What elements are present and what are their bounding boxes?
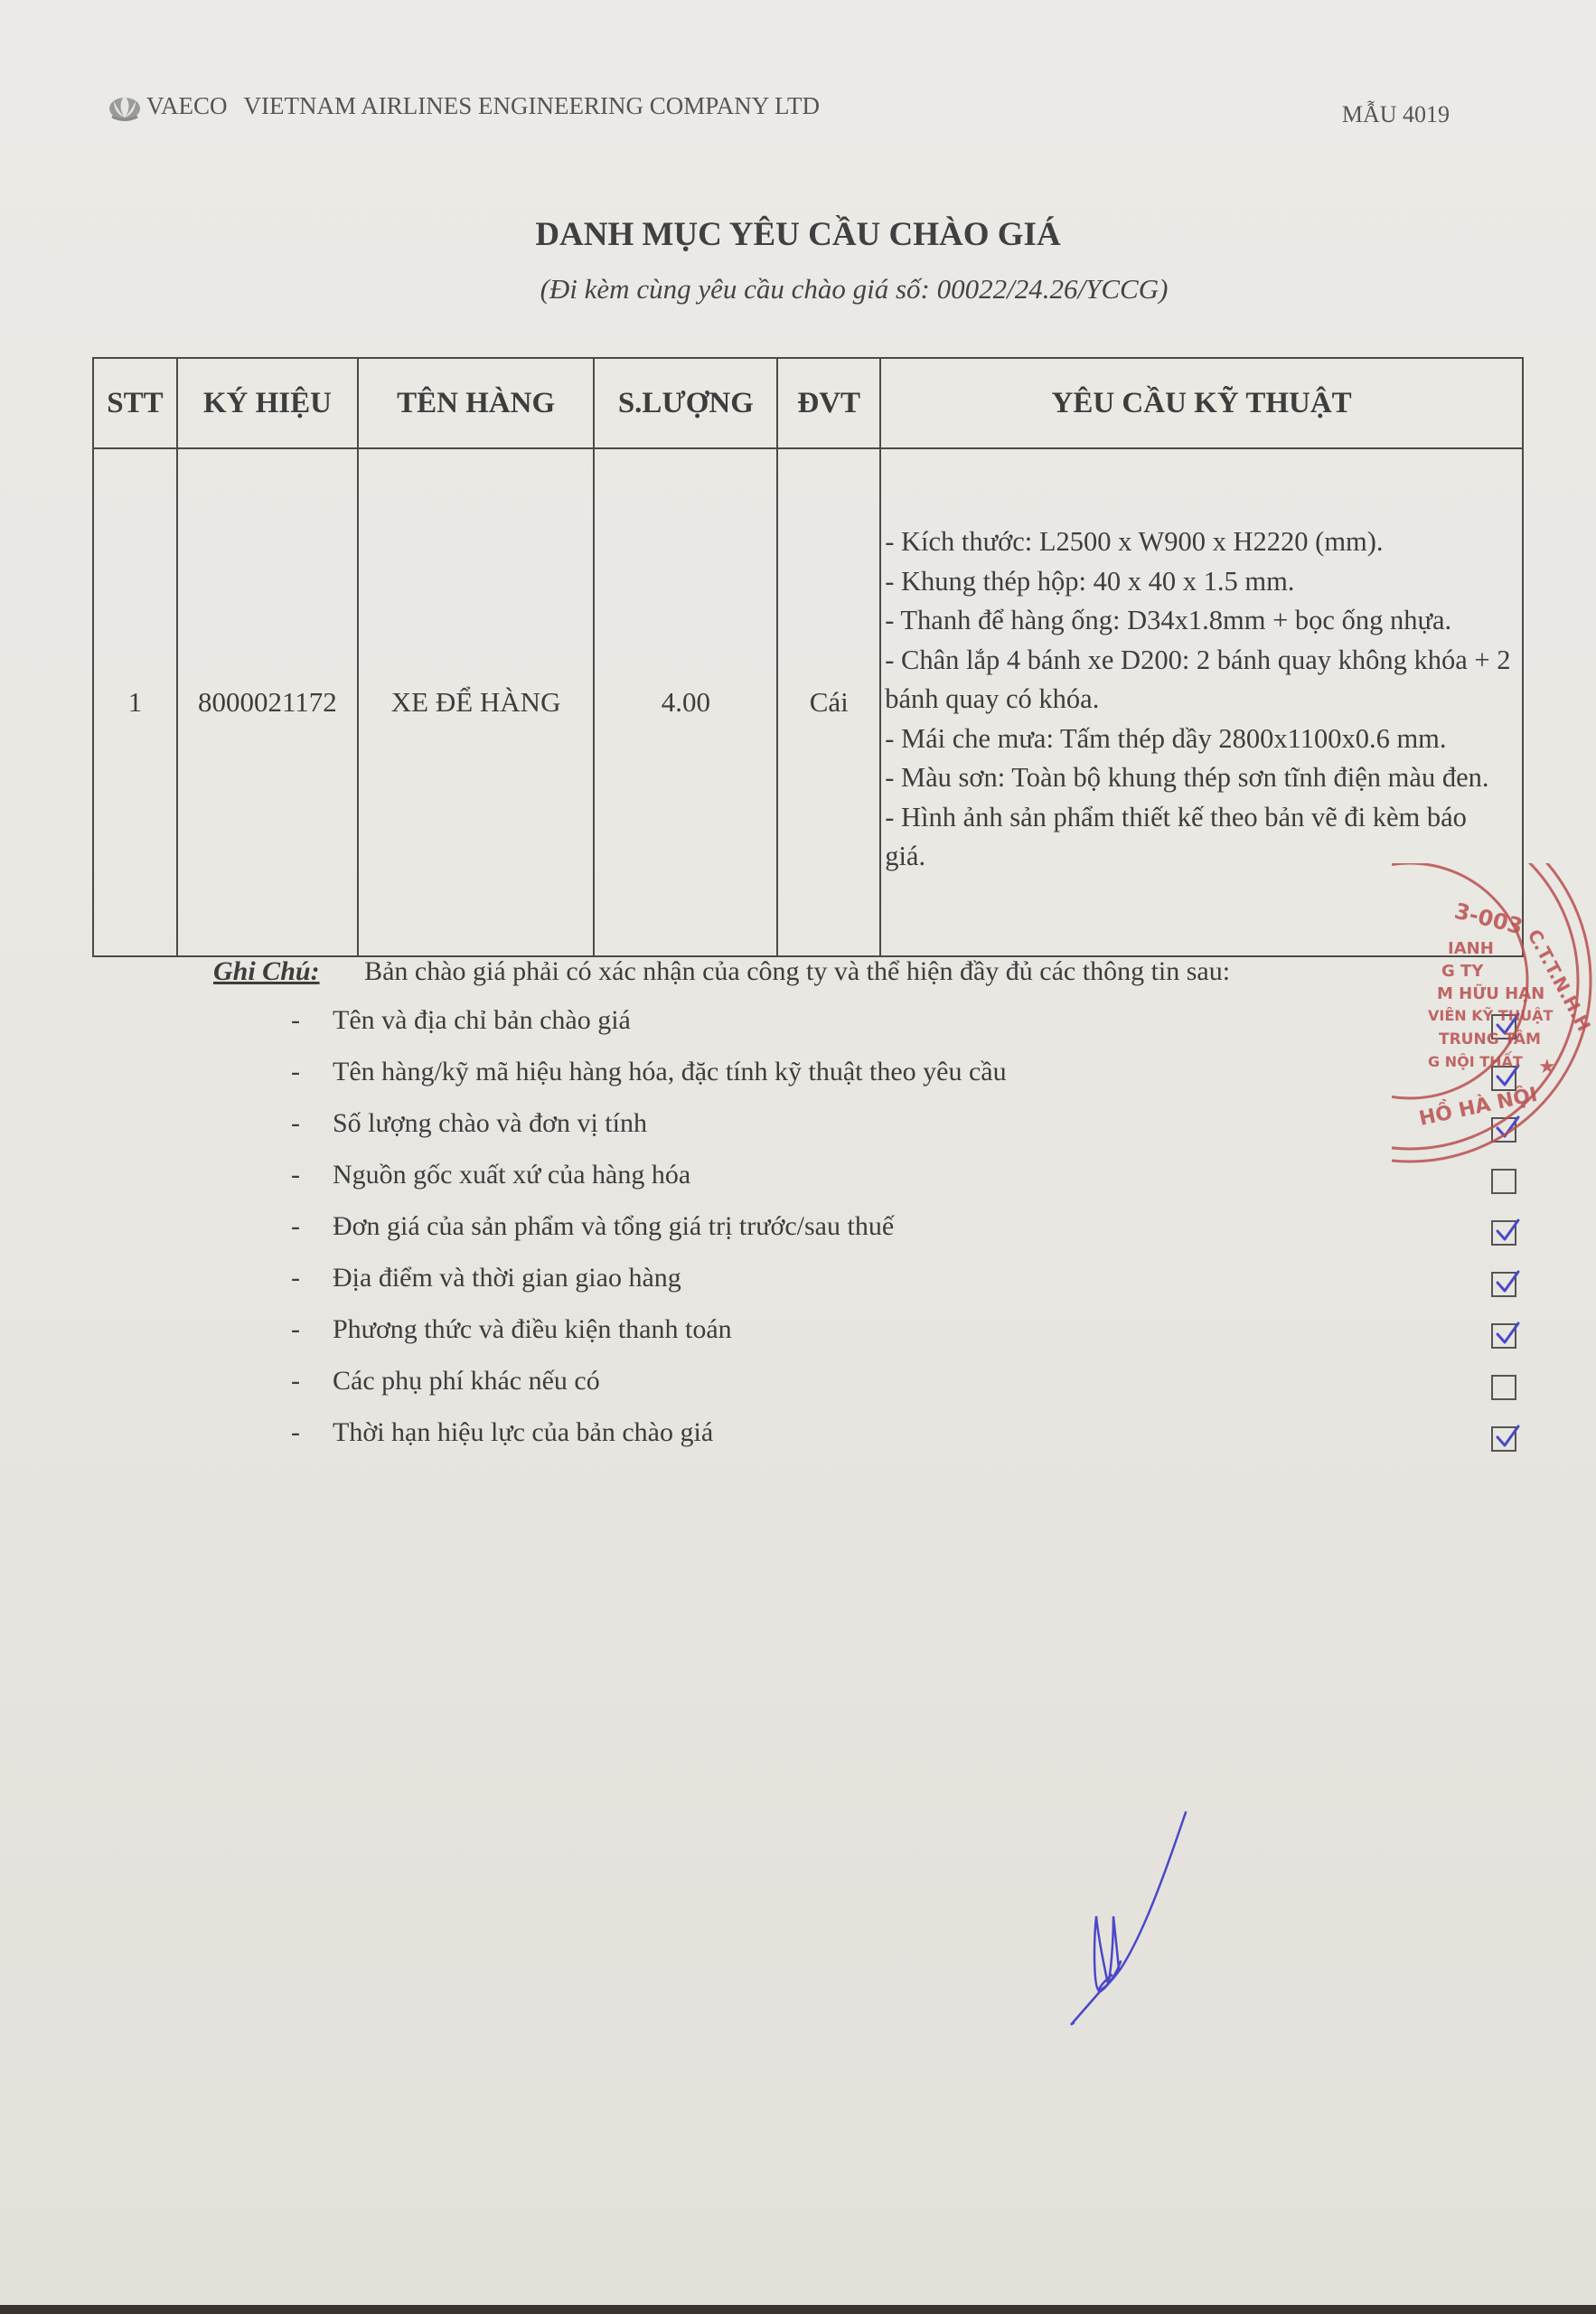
checkbox[interactable] bbox=[1491, 1426, 1516, 1452]
checklist-item-label: Tên và địa chỉ bản chào giá bbox=[333, 1005, 631, 1036]
handwritten-signature bbox=[1030, 1808, 1211, 2043]
notes-section: Ghi Chú: Bản chào giá phải có xác nhận c… bbox=[213, 956, 1230, 987]
cell-stt: 1 bbox=[93, 448, 177, 956]
checkmark-icon bbox=[1495, 1062, 1522, 1089]
bullet-dash: - bbox=[291, 1211, 333, 1242]
items-table: STT KÝ HIỆU TÊN HÀNG S.LƯỢNG ĐVT YÊU CẦU… bbox=[92, 357, 1524, 957]
checkbox[interactable] bbox=[1491, 1117, 1516, 1143]
checklist-item: -Phương thức và điều kiện thanh toán bbox=[291, 1314, 1007, 1366]
document-page: VAECO VIETNAM AIRLINES ENGINEERING COMPA… bbox=[0, 0, 1596, 2305]
cell-name: XE ĐỂ HÀNG bbox=[358, 448, 595, 956]
svg-text:G TY: G TY bbox=[1441, 962, 1484, 981]
bullet-dash: - bbox=[291, 1160, 333, 1190]
checklist-item-label: Địa điểm và thời gian giao hàng bbox=[333, 1263, 681, 1293]
column-header-name: TÊN HÀNG bbox=[358, 358, 595, 448]
spec-line: - Màu sơn: Toàn bộ khung thép sơn tĩnh đ… bbox=[885, 758, 1511, 798]
page-title: DANH MỤC YÊU CẦU CHÀO GIÁ bbox=[0, 215, 1596, 254]
checklist-item-label: Tên hàng/kỹ mã hiệu hàng hóa, đặc tính k… bbox=[333, 1057, 1007, 1087]
cell-technical-spec: - Kích thước: L2500 x W900 x H2220 (mm).… bbox=[880, 448, 1523, 956]
checklist-item: -Thời hạn hiệu lực của bản chào giá bbox=[291, 1417, 1007, 1469]
bullet-dash: - bbox=[291, 1057, 333, 1087]
checklist-item: -Tên và địa chỉ bản chào giá bbox=[291, 1005, 1007, 1057]
cell-code: 8000021172 bbox=[177, 448, 358, 956]
form-code: MẪU 4019 bbox=[1342, 101, 1450, 128]
checklist-item: -Tên hàng/kỹ mã hiệu hàng hóa, đặc tính … bbox=[291, 1057, 1007, 1108]
column-header-quantity: S.LƯỢNG bbox=[594, 358, 777, 448]
checklist-item-label: Thời hạn hiệu lực của bản chào giá bbox=[333, 1417, 713, 1448]
column-header-unit: ĐVT bbox=[777, 358, 880, 448]
company-name: VIETNAM AIRLINES ENGINEERING COMPANY LTD bbox=[244, 92, 821, 120]
spec-line: - Hình ảnh sản phẩm thiết kế theo bản vẽ… bbox=[885, 798, 1511, 877]
bullet-dash: - bbox=[291, 1314, 333, 1345]
checklist-item-label: Các phụ phí khác nếu có bbox=[333, 1366, 600, 1397]
bullet-dash: - bbox=[291, 1108, 333, 1139]
checkbox[interactable] bbox=[1491, 1014, 1516, 1039]
spec-line: - Thanh để hàng ống: D34x1.8mm + bọc ống… bbox=[885, 601, 1511, 641]
checkmark-icon bbox=[1495, 1268, 1522, 1295]
cell-unit: Cái bbox=[777, 448, 880, 956]
checklist-item: -Số lượng chào và đơn vị tính bbox=[291, 1108, 1007, 1160]
company-header: VAECO VIETNAM AIRLINES ENGINEERING COMPA… bbox=[107, 90, 820, 121]
column-header-spec: YÊU CẦU KỸ THUẬT bbox=[880, 358, 1523, 448]
notes-intro: Bản chào giá phải có xác nhận của công t… bbox=[364, 956, 1230, 986]
checkbox[interactable] bbox=[1491, 1220, 1516, 1246]
checkbox[interactable] bbox=[1491, 1375, 1516, 1400]
checklist-item-label: Số lượng chào và đơn vị tính bbox=[333, 1108, 647, 1139]
spec-line: - Khung thép hộp: 40 x 40 x 1.5 mm. bbox=[885, 562, 1511, 602]
svg-text:TRUNG TÂM: TRUNG TÂM bbox=[1439, 1029, 1541, 1049]
checklist-item: -Nguồn gốc xuất xứ của hàng hóa bbox=[291, 1160, 1007, 1211]
checklist-item: -Đơn giá của sản phẩm và tổng giá trị tr… bbox=[291, 1211, 1007, 1263]
checkbox[interactable] bbox=[1491, 1169, 1516, 1194]
checklist-item: -Địa điểm và thời gian giao hàng bbox=[291, 1263, 1007, 1314]
cell-quantity: 4.00 bbox=[594, 448, 777, 956]
checkbox[interactable] bbox=[1491, 1272, 1516, 1297]
bullet-dash: - bbox=[291, 1366, 333, 1397]
logo-text: VAECO bbox=[146, 92, 228, 120]
checklist-item: -Các phụ phí khác nếu có bbox=[291, 1366, 1007, 1417]
bullet-dash: - bbox=[291, 1263, 333, 1293]
bullet-dash: - bbox=[291, 1417, 333, 1448]
column-header-code: KÝ HIỆU bbox=[177, 358, 358, 448]
table-header-row: STT KÝ HIỆU TÊN HÀNG S.LƯỢNG ĐVT YÊU CẦU… bbox=[93, 358, 1523, 448]
svg-text:★: ★ bbox=[1538, 1056, 1556, 1078]
bullet-dash: - bbox=[291, 1005, 333, 1036]
checkmark-icon bbox=[1495, 1011, 1522, 1038]
spec-line: - Kích thước: L2500 x W900 x H2220 (mm). bbox=[885, 522, 1511, 562]
checkmark-icon bbox=[1495, 1114, 1522, 1141]
svg-text:M HỮU HẠN: M HỮU HẠN bbox=[1437, 983, 1544, 1003]
lotus-logo-icon bbox=[107, 90, 143, 121]
checkmark-icon bbox=[1495, 1423, 1522, 1450]
page-subtitle: (Đi kèm cùng yêu cầu chào giá số: 00022/… bbox=[0, 273, 1596, 306]
column-header-stt: STT bbox=[93, 358, 177, 448]
checklist-item-label: Đơn giá của sản phẩm và tổng giá trị trư… bbox=[333, 1211, 894, 1242]
notes-label: Ghi Chú: bbox=[213, 956, 320, 986]
notes-checklist: -Tên và địa chỉ bản chào giá-Tên hàng/kỹ… bbox=[291, 1005, 1007, 1469]
checkbox[interactable] bbox=[1491, 1066, 1516, 1091]
svg-text:C.T.T.N.H.H: C.T.T.N.H.H bbox=[1524, 926, 1595, 1035]
checkmark-icon bbox=[1495, 1320, 1522, 1347]
checkbox[interactable] bbox=[1491, 1323, 1516, 1349]
table-row: 1 8000021172 XE ĐỂ HÀNG 4.00 Cái - Kích … bbox=[93, 448, 1523, 956]
checkmark-icon bbox=[1495, 1217, 1522, 1244]
spec-line: - Mái che mưa: Tấm thép dầy 2800x1100x0.… bbox=[885, 720, 1511, 759]
spec-line: - Chân lắp 4 bánh xe D200: 2 bánh quay k… bbox=[885, 641, 1511, 720]
checklist-item-label: Nguồn gốc xuất xứ của hàng hóa bbox=[333, 1160, 690, 1190]
checklist-item-label: Phương thức và điều kiện thanh toán bbox=[333, 1314, 732, 1345]
